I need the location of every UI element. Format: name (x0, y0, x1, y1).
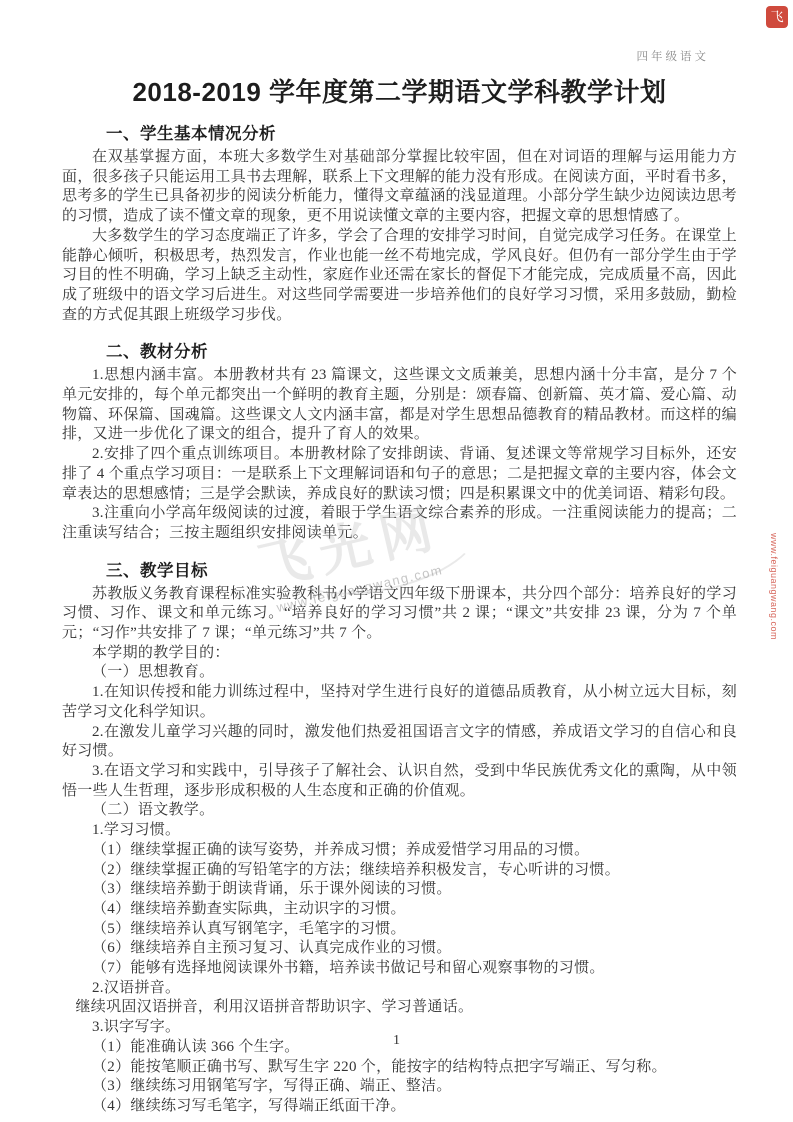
section-heading-textbook: 二、教材分析 (62, 338, 737, 362)
paragraph: 2.在激发儿童学习兴趣的同时，激发他们热爱祖国语言文字的情感，养成语文学习的自信… (62, 723, 737, 762)
watermark-side-text: www.feiguangwang.com (769, 533, 779, 640)
paragraph: （1）继续掌握正确的读写姿势，并养成习惯；养成爱惜学习用品的习惯。 (62, 841, 737, 861)
section-heading-goals: 三、教学目标 (62, 557, 737, 581)
paragraph: （一）思想教育。 (62, 663, 737, 683)
paragraph: （3）继续练习用钢笔写字，写得正确、端正、整洁。 (62, 1077, 737, 1097)
document-page: 飞 四年级语文 2018-2019 学年度第二学期语文学科教学计划 一、学生基本… (0, 0, 793, 1122)
paragraph: （7）能够有选择地阅读课外书籍，培养读书做记号和留心观察事物的习惯。 (62, 959, 737, 979)
paragraph: 苏教版义务教育课程标准实验教科书小学语文四年级下册课本，共分四个部分：培养良好的… (62, 585, 737, 644)
site-logo-icon: 飞 (766, 6, 788, 28)
paragraph: 1.学习习惯。 (62, 821, 737, 841)
paragraph: （二）语文教学。 (62, 801, 737, 821)
paragraph: （2）能按笔顺正确书写、默写生字 220 个，能按字的结构特点把字写端正、写匀称… (62, 1058, 737, 1078)
paragraph: （6）继续培养自主预习复习、认真完成作业的习惯。 (62, 939, 737, 959)
section-heading-students: 一、学生基本情况分析 (62, 120, 737, 144)
header-grade-label: 四年级语文 (637, 48, 710, 64)
paragraph: 1.思想内涵丰富。本册教材共有 23 篇课文，这些课文文质兼美，思想内涵十分丰富… (62, 366, 737, 445)
paragraph: 2.汉语拼音。 (62, 979, 737, 999)
paragraph: （5）继续培养认真写钢笔字，毛笔字的习惯。 (62, 920, 737, 940)
paragraph: 本学期的教学目的： (62, 644, 737, 664)
paragraph: 3.注重向小学高年级阅读的过渡，着眼于学生语文综合素养的形成。一注重阅读能力的提… (62, 504, 737, 543)
page-number: 1 (0, 1033, 793, 1049)
paragraph: （4）继续培养勤查实际典，主动识字的习惯。 (62, 900, 737, 920)
paragraph: 在双基掌握方面，本班大多数学生对基础部分掌握比较牢固，但在对词语的理解与运用能力… (62, 148, 737, 227)
paragraph: 大多数学生的学习态度端正了许多，学会了合理的安排学习时间，自觉完成学习任务。在课… (62, 227, 737, 326)
paragraph: 2.安排了四个重点训练项目。本册教材除了安排朗读、背诵、复述课文等常规学习目标外… (62, 445, 737, 504)
paragraph: （2）继续掌握正确的写铅笔字的方法；继续培养积极发言，专心听讲的习惯。 (62, 861, 737, 881)
paragraph: （4）继续练习写毛笔字，写得端正纸面干净。 (62, 1097, 737, 1117)
paragraph: 继续巩固汉语拼音，利用汉语拼音帮助识字、学习普通话。 (62, 998, 737, 1018)
document-body: 一、学生基本情况分析 在双基掌握方面，本班大多数学生对基础部分掌握比较牢固，但在… (62, 120, 737, 1117)
paragraph: （3）继续培养勤于朗读背诵，乐于课外阅读的习惯。 (62, 880, 737, 900)
paragraph: 3.在语文学习和实践中，引导孩子了解社会、认识自然，受到中华民族优秀文化的熏陶，… (62, 762, 737, 801)
paragraph: 1.在知识传授和能力训练过程中，坚持对学生进行良好的道德品质教育，从小树立远大目… (62, 683, 737, 722)
